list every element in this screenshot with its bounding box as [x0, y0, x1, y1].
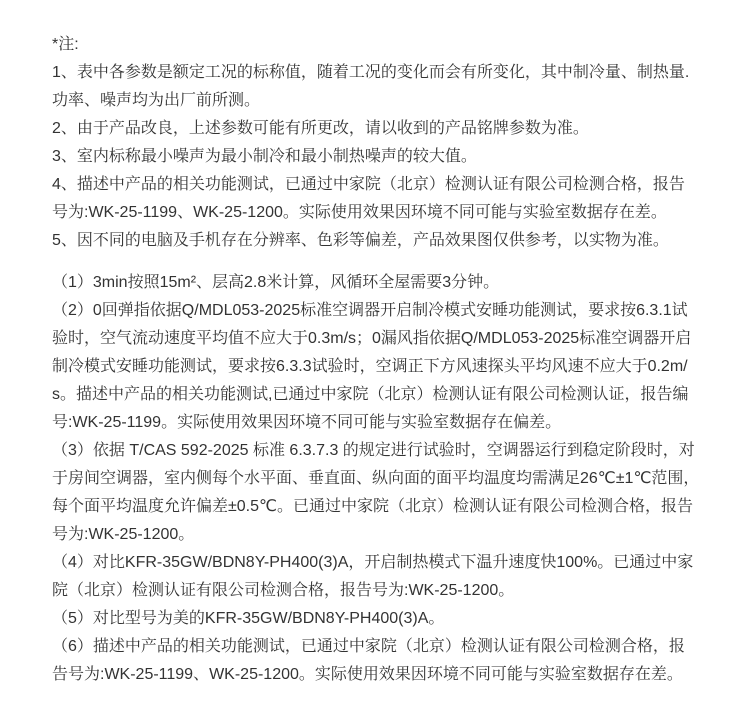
note-item-5: 5、因不同的电脑及手机存在分辨率、色彩等偏差，产品效果图仅供参考，以实物为准。	[52, 227, 700, 255]
note-item-2: 2、由于产品改良，上述参数可能有所更改，请以收到的产品铭牌参数为准。	[52, 115, 700, 143]
footnote-item-2: （2）0回弹指依据Q/MDL053-2025标准空调器开启制冷模式安睡功能测试，…	[52, 297, 700, 437]
footnote-item-1: （1）3min按照15m²、层高2.8米计算，风循环全屋需要3分钟。	[52, 269, 700, 297]
footnote-item-3: （3）依据 T/CAS 592-2025 标准 6.3.7.3 的规定进行试验时…	[52, 437, 700, 549]
product-notes-section: *注: 1、表中各参数是额定工况的标称值，随着工况的变化而会有所变化，其中制冷量…	[0, 0, 750, 703]
footnote-item-5: （5）对比型号为美的KFR-35GW/BDN8Y-PH400(3)A。	[52, 605, 700, 633]
note-item-4: 4、描述中产品的相关功能测试，已通过中家院（北京）检测认证有限公司检测合格，报告…	[52, 171, 700, 227]
notes-list: 1、表中各参数是额定工况的标称值，随着工况的变化而会有所变化，其中制冷量、制热量…	[52, 59, 700, 255]
footnotes-list: （1）3min按照15m²、层高2.8米计算，风循环全屋需要3分钟。 （2）0回…	[52, 269, 700, 689]
notes-title: *注:	[52, 31, 700, 59]
note-item-3: 3、室内标称最小噪声为最小制冷和最小制热噪声的较大值。	[52, 143, 700, 171]
footnote-item-4: （4）对比KFR-35GW/BDN8Y-PH400(3)A，开启制热模式下温升速…	[52, 549, 700, 605]
footnote-item-6: （6）描述中产品的相关功能测试，已通过中家院（北京）检测认证有限公司检测合格，报…	[52, 633, 700, 689]
note-item-1: 1、表中各参数是额定工况的标称值，随着工况的变化而会有所变化，其中制冷量、制热量…	[52, 59, 700, 115]
